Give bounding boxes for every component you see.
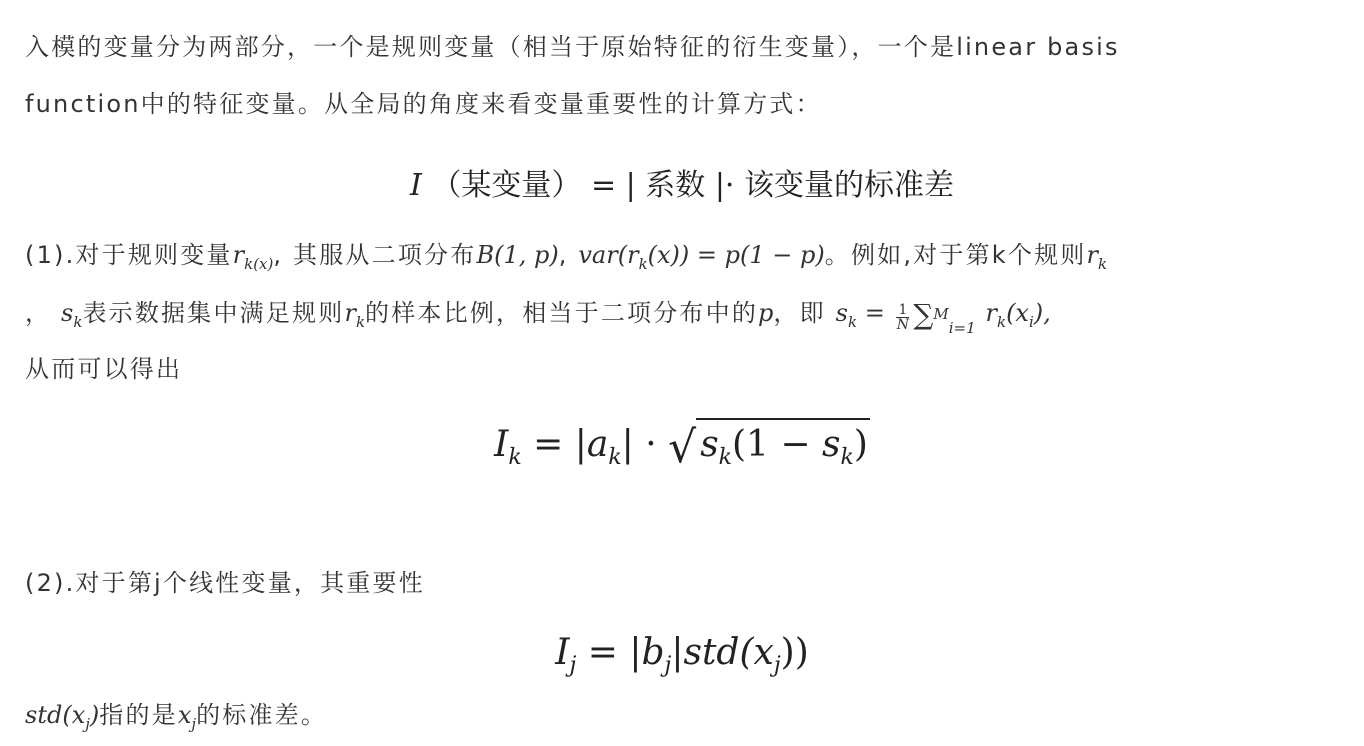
section1-line3: 从而可以得出 xyxy=(25,352,182,386)
paragraph-intro-line1: 入模的变量分为两部分，一个是规则变量（相当于原始特征的衍生变量），一个是line… xyxy=(25,30,1120,64)
formula-rule-importance: Ik = |ak| · √sk(1 − sk) xyxy=(0,418,1364,473)
section1-line1: (1).对于规则变量rk(x), 其服从二项分布B(1, p), var(rk(… xyxy=(25,238,1107,281)
square-root: √sk(1 − sk) xyxy=(668,418,870,473)
formula-general-importance: I （某变量） = | 系数 |· 该变量的标准差 xyxy=(0,160,1364,204)
formula-linear-importance: Ij = |bj|std(xj)) xyxy=(0,632,1364,678)
paragraph-intro-line2: function中的特征变量。从全局的角度来看变量重要性的计算方式： xyxy=(25,87,822,121)
section2-note: std(xj)指的是xj的标准差。 xyxy=(25,698,327,741)
section1-line2: ， sk表示数据集中满足规则rk的样本比例，相当于二项分布中的p，即 sk = … xyxy=(25,296,1051,339)
fraction-1-over-n: 1N xyxy=(896,303,909,332)
summation-symbol: ∑ xyxy=(913,298,933,331)
section2-line1: (2).对于第j个线性变量，其重要性 xyxy=(25,566,425,600)
